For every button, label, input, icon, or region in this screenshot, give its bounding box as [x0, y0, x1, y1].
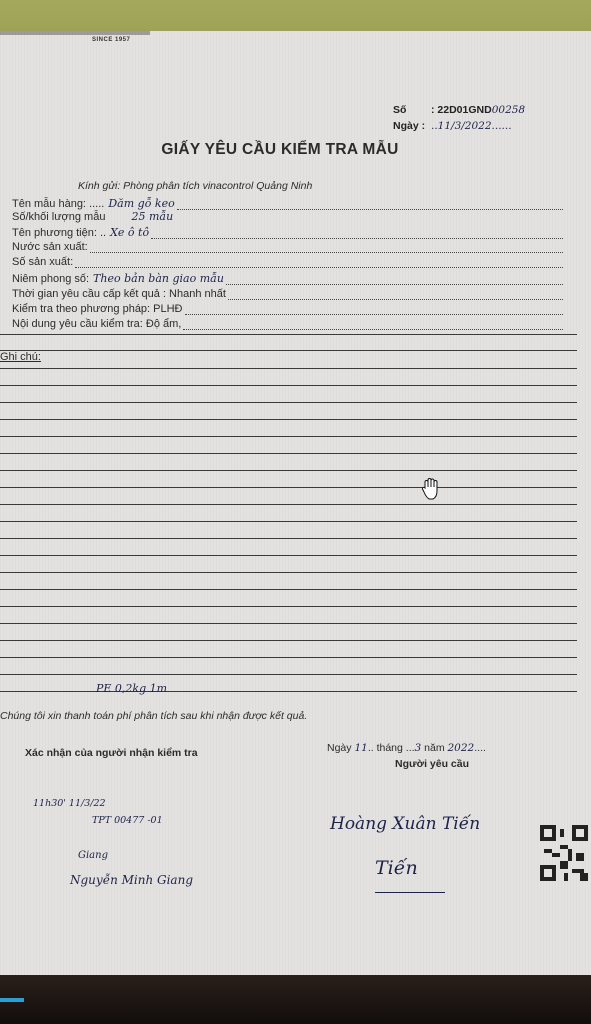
requester-label: Người yêu cầu	[395, 758, 469, 770]
receiver-note-code: TPT 00477 -01	[92, 815, 163, 826]
receiver-signature: Giang	[78, 850, 108, 861]
field-value: Theo bản bàn giao mẫu	[93, 272, 224, 285]
signature-date: Ngày 11.. tháng ...3 năm 2022....	[327, 742, 486, 754]
monitor-top-bezel	[0, 0, 591, 32]
company-logo	[0, 31, 150, 35]
date-thang-label: tháng	[377, 742, 403, 754]
ruled-line	[0, 657, 577, 658]
field-label: Nội dung yêu cầu kiểm tra: Độ ẩm,	[12, 318, 181, 330]
dotted-line	[75, 258, 563, 268]
field-label: Số sản xuất:	[12, 256, 73, 268]
ruled-line	[0, 521, 577, 522]
field-value: 25 mẫu	[131, 210, 173, 223]
ruled-line	[0, 487, 577, 488]
ruled-line	[0, 436, 577, 437]
dotted-line	[177, 200, 563, 210]
requester-signature-name: Hoàng Xuân Tiến	[330, 814, 480, 834]
ruled-line	[0, 589, 577, 590]
field-label: Nước sản xuất:	[12, 241, 88, 253]
ruled-line	[0, 640, 577, 641]
ruled-line	[0, 470, 577, 471]
ruled-line	[0, 419, 577, 420]
receiver-confirmation-label: Xác nhận của người nhận kiểm tra	[25, 747, 198, 759]
field-label: Thời gian yêu cầu cấp kết quả : Nhanh nh…	[12, 288, 226, 300]
date-month: 3	[415, 742, 422, 754]
requester-signature: Tiến	[375, 857, 418, 879]
document-number: Số: 22D01GND00258	[393, 104, 525, 116]
field-label: Kiểm tra theo phương pháp: PLHĐ	[12, 303, 183, 315]
ruled-line	[0, 623, 577, 624]
field-country-of-origin: Nước sản xuất:	[12, 241, 563, 253]
monitor-bottom-bezel	[0, 975, 591, 1024]
so-handwritten: 00258	[492, 104, 525, 116]
ruled-line	[0, 402, 577, 403]
field-label: Tên phương tiện: ..	[12, 227, 106, 239]
ruled-line	[0, 350, 577, 351]
dotted-line	[226, 275, 563, 285]
ruled-line	[0, 368, 577, 369]
ruled-line	[0, 504, 577, 505]
dotted-line	[90, 243, 563, 253]
field-label: Số/khối lượng mẫu	[12, 211, 105, 223]
field-sample-quantity: Số/khối lượng mẫu25 mẫu	[12, 210, 173, 223]
field-production-number: Số sản xuất:	[12, 256, 563, 268]
receiver-note-time: 11h30' 11/3/22	[33, 798, 106, 809]
dotted-line	[228, 290, 563, 300]
ruled-line	[0, 606, 577, 607]
field-test-content: Nội dung yêu cầu kiểm tra: Độ ẩm,	[12, 318, 563, 330]
taskbar-indicator	[0, 998, 24, 1002]
signature-underline	[375, 892, 445, 893]
dotted-line	[185, 305, 563, 315]
field-result-time: Thời gian yêu cầu cấp kết quả : Nhanh nh…	[12, 288, 563, 300]
ruled-line	[0, 674, 577, 675]
receiver-signature-name: Nguyễn Minh Giang	[70, 873, 193, 887]
field-seal-number: Niêm phong số:Theo bản bàn giao mẫu	[12, 272, 563, 285]
document-page: SINCE 1957 Số: 22D01GND00258 Ngày :..11/…	[0, 31, 591, 978]
ruled-line	[0, 555, 577, 556]
ruled-line	[0, 334, 577, 335]
ruled-line	[0, 538, 577, 539]
addressee: Kính gửi: Phòng phân tích vinacontrol Qu…	[78, 180, 312, 192]
ruled-line	[0, 691, 577, 692]
ruled-line	[0, 572, 577, 573]
ngay-handwritten: ..11/3/2022......	[431, 120, 512, 132]
logo-tagline: SINCE 1957	[92, 37, 130, 43]
so-printed: : 22D01GND	[431, 104, 492, 116]
date-nam-label: năm	[424, 742, 444, 754]
so-label: Số	[393, 104, 431, 116]
field-vehicle: Tên phương tiện: ..Xe ô tô	[12, 226, 563, 239]
field-label: Tên mẫu hàng: .....	[12, 198, 104, 210]
field-value: Xe ô tô	[110, 226, 149, 239]
ruled-line	[0, 385, 577, 386]
ngay-label: Ngày :	[393, 120, 431, 132]
dotted-line	[183, 320, 563, 330]
field-test-method: Kiểm tra theo phương pháp: PLHĐ	[12, 303, 563, 315]
notes-label: Ghi chú:	[0, 351, 41, 363]
date-day: 11	[354, 742, 367, 754]
date-ngay-label: Ngày	[327, 742, 352, 754]
dotted-line	[151, 229, 563, 239]
field-sample-name: Tên mẫu hàng: .....Dăm gỗ keo	[12, 197, 563, 210]
document-title: GIẤY YÊU CẦU KIỂM TRA MẪU	[0, 141, 560, 159]
ruled-line	[0, 453, 577, 454]
payment-statement: Chúng tôi xin thanh toán phí phân tích s…	[0, 710, 307, 722]
field-value: Dăm gỗ keo	[108, 197, 174, 210]
hand-cursor-icon	[420, 476, 444, 502]
field-label: Niêm phong số:	[12, 273, 89, 285]
document-date: Ngày :..11/3/2022......	[393, 120, 512, 132]
date-year: 2022	[448, 742, 475, 754]
notes-handwritten: PE 0,2kg 1m	[96, 682, 167, 695]
qr-code-icon	[540, 825, 588, 881]
